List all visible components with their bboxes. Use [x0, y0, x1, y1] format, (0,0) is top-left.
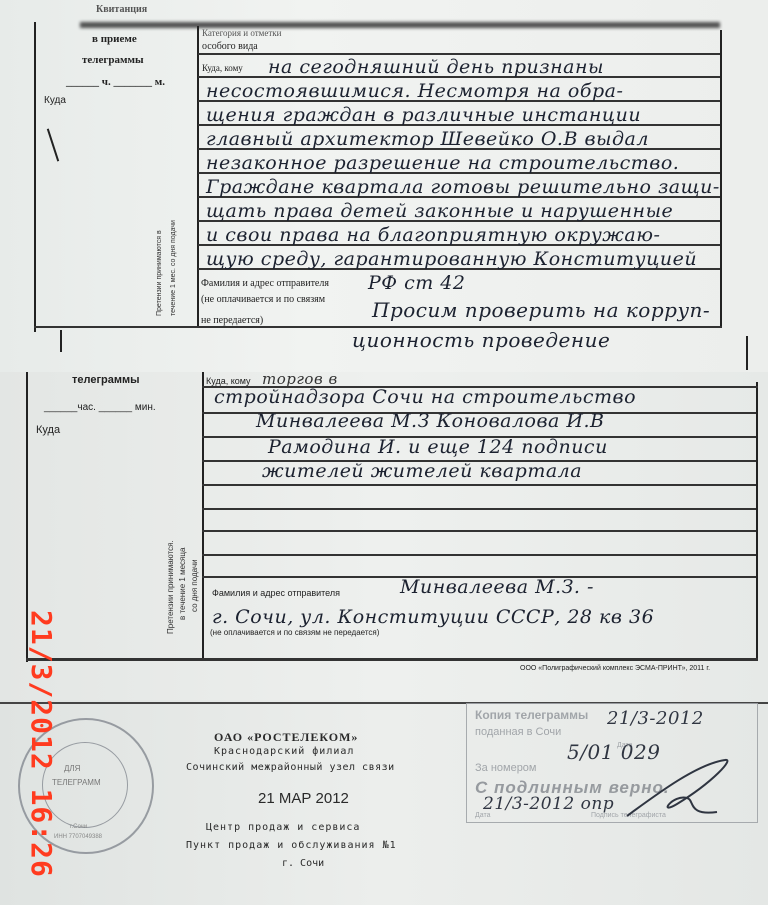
message-line: главный архитектор Шевейко О.В выдал	[206, 128, 649, 150]
message-line: несостоявшимися. Несмотря на обра-	[206, 80, 623, 102]
claims-note-2: течение 1 мес. со дня подачи	[170, 220, 177, 316]
claims-note-3: со дня подачи	[190, 559, 199, 612]
message-line: щую среду, гарантированную Конституцией	[206, 248, 697, 270]
copy-stamp: Копия телеграммы поданная в Сочи 21/3-20…	[466, 703, 758, 823]
sender-note: (не оплачивается и по связям не передает…	[210, 628, 379, 637]
round-stamp-inn: ИНН 7707049388	[54, 834, 102, 840]
receipt-where-label: Куда	[44, 95, 66, 106]
form-border-left	[34, 22, 36, 332]
office-stamp-line6: г. Сочи	[282, 858, 324, 869]
sender-note-1: (не оплачивается и по связям	[201, 294, 325, 305]
message-line: и свои права на благоприятную окружаю-	[206, 224, 660, 246]
claims-note-1: Претензии принимаются в	[156, 230, 163, 316]
sender-label: Фамилия и адрес отправителя	[201, 278, 329, 289]
message-line: стройнадзора Сочи на строительство	[214, 386, 636, 408]
pen-mark	[60, 330, 62, 352]
ruled-line	[202, 554, 756, 556]
sender-line: РФ ст 42	[368, 272, 465, 294]
copy-stamp-submitted-date: 21/3-2012	[607, 708, 704, 729]
office-stamp-line5: Пункт продаж и обслуживания №1	[186, 840, 397, 851]
stub-line2: телеграммы	[72, 374, 140, 386]
ruled-line	[202, 530, 756, 532]
sender-label: Фамилия и адрес отправителя	[212, 588, 340, 598]
rule	[198, 53, 720, 55]
office-stamp-date: 21 МАР 2012	[258, 790, 349, 807]
copy-stamp-certified-date: 21/3-2012 опр	[483, 794, 614, 814]
message-line: на сегодняшний день признаны	[268, 56, 604, 78]
office-stamp-line2: Краснодарский филиал	[214, 746, 354, 757]
receipt-time: ______ ч. _______ м.	[66, 76, 165, 88]
office-stamp-line4: Центр продаж и сервиса	[206, 822, 360, 833]
form-border-bottom	[26, 658, 758, 661]
message-line: Рамодина И. и еще 124 подписи	[268, 436, 608, 458]
copy-stamp-submitted-label: поданная в Сочи	[475, 726, 561, 738]
sender-note-2: не передается)	[201, 315, 263, 326]
category-label-2: особого вида	[202, 41, 258, 52]
pen-mark	[47, 129, 59, 162]
stub-divider	[202, 372, 204, 660]
stub-divider	[197, 26, 199, 326]
office-stamp-line1: ОАО «РОСТЕЛЕКОМ»	[214, 730, 358, 745]
to-whom-label: Куда, кому	[202, 63, 243, 73]
sender-address: г. Сочи, ул. Конституции СССР, 28 кв 36	[212, 606, 654, 628]
receipt-line1: в приеме	[92, 33, 137, 45]
sender-name: Минвалеева М.З. -	[400, 576, 594, 598]
sender-line: Просим проверить на корруп-	[372, 298, 710, 322]
form-border-right	[756, 382, 758, 660]
message-line: Минвалеева М.З Коновалова И.В	[256, 410, 605, 432]
stub-where-label: Куда	[36, 424, 60, 436]
round-stamp-city: г.Сочи	[70, 824, 87, 830]
claims-note-1: Претензии принимаются.	[166, 540, 175, 634]
receipt-title: Квитанция	[96, 4, 147, 15]
telegram-form-bottom: телеграммы ______час. ______ мин. Куда П…	[0, 372, 768, 702]
copy-stamp-date-label: Дата	[475, 812, 491, 819]
message-line: Граждане квартала готовы решительно защи…	[206, 176, 720, 198]
ruled-line	[202, 484, 756, 486]
message-line: незаконное разрешение на строительство.	[206, 152, 679, 174]
to-whom-label: Куда, кому	[206, 376, 251, 386]
form-border-right	[720, 30, 722, 328]
pen-mark	[746, 336, 748, 370]
message-line: жителей жителей квартала	[262, 460, 582, 482]
scan-edge-shadow	[80, 22, 720, 28]
message-line: щать права детей законные и нарушенные	[206, 200, 673, 222]
receipt-line2: телеграммы	[82, 54, 144, 66]
round-stamp-center-1: ДЛЯ	[64, 764, 80, 773]
copy-stamp-title: Копия телеграммы	[475, 708, 588, 722]
sender-line: ционность проведение	[352, 328, 610, 352]
copy-stamp-number-label: За номером	[475, 762, 537, 774]
ruled-line	[202, 508, 756, 510]
round-stamp-center-2: ТЕЛЕГРАММ	[52, 778, 101, 787]
claims-note-2: в течение 1 месяца	[178, 548, 187, 620]
category-label-1: Категория и отметки	[202, 28, 281, 38]
timestamp-text: 21/3/2012 16:26	[25, 610, 58, 878]
stub-time: ______час. ______ мин.	[44, 402, 156, 413]
signature-icon	[617, 754, 737, 824]
message-line: щения граждан в различные инстанции	[206, 104, 641, 126]
office-stamp-line3: Сочинский межрайонный узел связи	[186, 762, 395, 773]
telegram-form-top: Квитанция в приеме телеграммы ______ ч. …	[0, 0, 768, 378]
printer-credit: ООО «Полиграфический комплекс ЭСМА-ПРИНТ…	[520, 665, 710, 672]
